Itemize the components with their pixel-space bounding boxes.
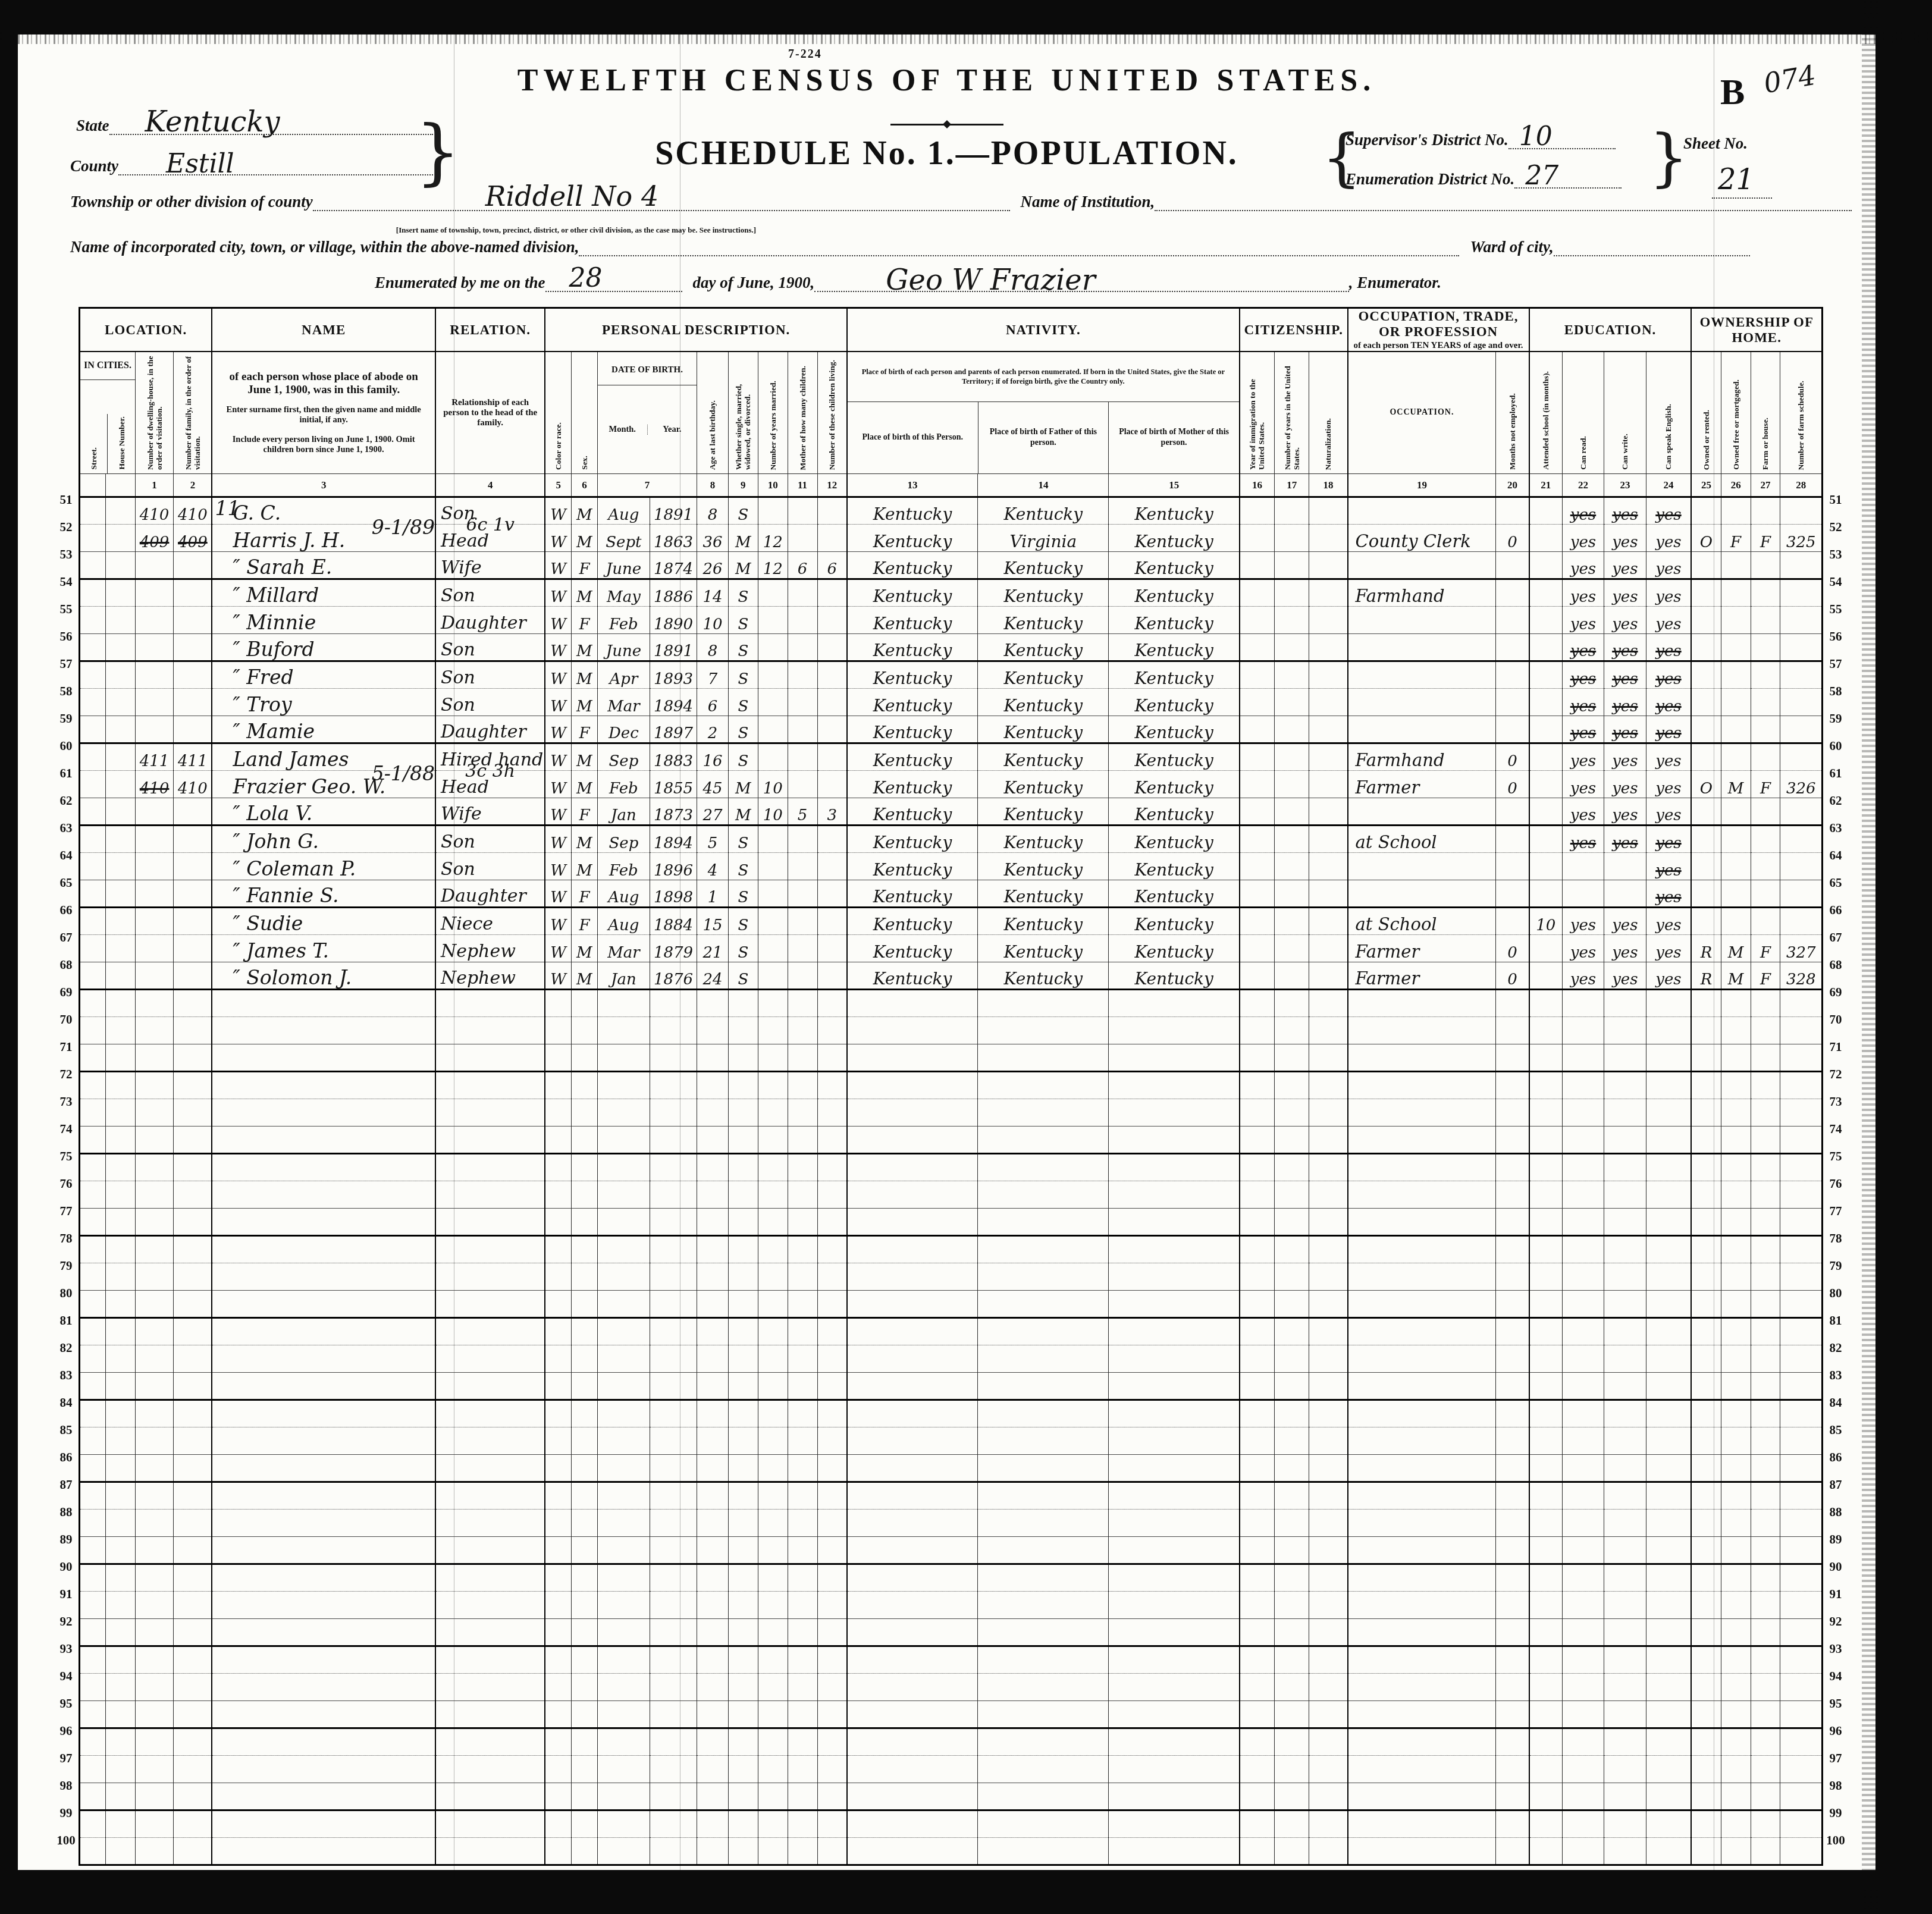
cell-bf: Kentucky [978,497,1109,525]
cell-name: Harris J. H.9-1/89 [212,525,435,552]
row-number: 84 [54,1389,79,1416]
cell-mo: Mar [597,689,650,716]
cell-fs [1780,1510,1823,1537]
cell-mo: Mar [597,935,650,962]
row-number: 76 [1823,1170,1848,1197]
cell-house [105,579,135,607]
cell-dw [135,908,174,935]
row-number: 79 [1823,1252,1848,1279]
name-desc-3: Include every person living on June 1, 1… [221,435,426,455]
cell-col: W [545,798,571,826]
cell-yr [650,1701,697,1728]
cell-fam [174,1072,212,1099]
cell-ym [758,1099,788,1127]
cell-wr: yes [1604,743,1646,771]
cell-wr [1604,1564,1646,1592]
cell-ym: 10 [758,798,788,826]
cell-fs [1780,552,1823,579]
cell-ym [758,1564,788,1592]
cell-dw [135,1482,174,1510]
cell-mne [1496,1263,1529,1291]
cell-ym [758,908,788,935]
cell-sp: yes [1646,935,1691,962]
cell-col: W [545,607,571,634]
cell-fm [1721,1592,1751,1619]
cell-fs [1780,689,1823,716]
cell-bm [1109,1427,1240,1455]
census-row-78 [80,1236,1823,1263]
cell-sp [1646,1044,1691,1072]
cell-house [105,853,135,880]
cell-mo [597,1811,650,1838]
row-number: 55 [54,595,79,623]
cell-age: 24 [697,962,729,990]
cell-dw [135,1181,174,1209]
cell-house [105,1209,135,1236]
cell-cl [817,1674,847,1701]
cell-yr [650,1209,697,1236]
column-number: 5 [545,474,571,497]
cell-mne [1496,1181,1529,1209]
cell-rd [1562,1044,1604,1072]
cell-wr: yes [1604,552,1646,579]
cell-ym: 12 [758,552,788,579]
cell-mne: 0 [1496,935,1529,962]
cell-sch [1529,1783,1563,1811]
census-row-87 [80,1482,1823,1510]
cell-wr [1604,1455,1646,1482]
cell-ym [758,1373,788,1400]
cell-bp [847,1646,978,1674]
cell-mne [1496,1127,1529,1154]
cell-sex: M [571,853,597,880]
cell-age [697,1728,729,1756]
cell-fam [174,1728,212,1756]
cell-cl [817,497,847,525]
header-naturalization: Naturalization. [1309,352,1348,474]
cell-cl [817,661,847,689]
cell-own [1691,1072,1721,1099]
row-number: 63 [54,814,79,842]
cell-occ [1348,716,1496,743]
header-can-write: Can write. [1604,352,1646,474]
row-number: 87 [1823,1471,1848,1498]
cell-mc [788,1154,817,1181]
cell-bm [1109,1564,1240,1592]
cell-occ [1348,1318,1496,1345]
cell-fs [1780,1592,1823,1619]
cell-age [697,1811,729,1838]
cell-fm [1721,990,1751,1017]
cell-dw [135,1838,174,1865]
header-family-number: Number of family, in the order of visita… [174,352,212,474]
cell-own [1691,1181,1721,1209]
column-number: 15 [1109,474,1240,497]
row-number: 89 [1823,1526,1848,1553]
cell-fh [1751,798,1780,826]
cell-bp: Kentucky [847,798,978,826]
row-number: 57 [1823,650,1848,677]
cell-rel [435,1646,545,1674]
cell-fh [1751,908,1780,935]
census-row-51: 410410G. C.11SonWMAug18918SKentuckyKentu… [80,497,1823,525]
cell-rd [1562,1345,1604,1373]
census-row-68: ″ Solomon J.NephewWMJan187624SKentuckyKe… [80,962,1823,990]
cell-fs [1780,1345,1823,1373]
dob-label: DATE OF BIRTH. [598,352,697,385]
cell-mo: Apr [597,661,650,689]
cell-mc [788,1838,817,1865]
cell-bm [1109,1181,1240,1209]
census-row-82 [80,1345,1823,1373]
cell-dw: 410 [135,771,174,798]
row-number: 71 [54,1033,79,1060]
cell-mar [728,1072,758,1099]
cell-fh: F [1751,771,1780,798]
cell-house [105,771,135,798]
cell-fs [1780,1455,1823,1482]
header-year: Year. [647,425,697,435]
cell-ym [758,1619,788,1646]
row-number: 70 [54,1006,79,1033]
cell-bm: Kentucky [1109,552,1240,579]
cell-age [697,1674,729,1701]
cell-street [80,1564,106,1592]
cell-name [212,990,435,1017]
cell-sex [571,1044,597,1072]
cell-fs [1780,716,1823,743]
cell-yus [1275,1646,1309,1674]
cell-dw [135,880,174,908]
cell-fh [1751,1209,1780,1236]
cell-house [105,1127,135,1154]
cell-dw [135,1592,174,1619]
cell-mne [1496,798,1529,826]
cell-mo [597,1592,650,1619]
cell-mne [1496,1564,1529,1592]
row-number: 94 [54,1662,79,1690]
row-number: 60 [1823,732,1848,760]
cell-sp [1646,1400,1691,1427]
cell-occ: Farmer [1348,771,1496,798]
cell-own [1691,853,1721,880]
cell-fh [1751,579,1780,607]
cell-fs [1780,1099,1823,1127]
cell-name [212,1099,435,1127]
cell-yr: 1896 [650,853,697,880]
cell-name [212,1291,435,1318]
township-label: Township or other division of county [70,193,313,211]
cell-dw [135,1756,174,1783]
enumeration-district-label: Enumeration District No. [1345,170,1514,189]
cell-wr [1604,1017,1646,1044]
cell-dw [135,1455,174,1482]
cell-rd: yes [1562,552,1604,579]
cell-wr [1604,1537,1646,1564]
cell-mne [1496,607,1529,634]
cell-mc [788,1783,817,1811]
cell-wr [1604,1099,1646,1127]
cell-bf: Kentucky [978,962,1109,990]
cell-rd [1562,1510,1604,1537]
cell-bm [1109,1838,1240,1865]
row-number-gutter-left: 5152535455565758596061626364656667686970… [54,307,79,1866]
row-number: 73 [1823,1088,1848,1115]
cell-mc [788,579,817,607]
cell-rel: Niece [435,908,545,935]
cell-age: 15 [697,908,729,935]
cell-house [105,661,135,689]
cell-cl [817,1209,847,1236]
cell-sex [571,1154,597,1181]
cell-bp [847,1564,978,1592]
column-number: 26 [1721,474,1751,497]
cell-mne [1496,908,1529,935]
cell-imm [1240,743,1275,771]
cell-ym [758,1728,788,1756]
cell-mc [788,1646,817,1674]
cell-own [1691,1017,1721,1044]
cell-age: 36 [697,525,729,552]
cell-house [105,1619,135,1646]
cell-fm [1721,1099,1751,1127]
cell-bf [978,1482,1109,1510]
enumerated-line: Enumerated by me on the 28 day of June, … [375,274,1441,292]
cell-wr [1604,1127,1646,1154]
cell-bp: Kentucky [847,853,978,880]
cell-fh [1751,743,1780,771]
supervisors-district-line: Supervisor's District No. 10 [1345,131,1643,149]
cell-cl [817,962,847,990]
cell-rel [435,1400,545,1427]
cell-street [80,1044,106,1072]
cell-mc [788,1510,817,1537]
cell-yr: 1879 [650,935,697,962]
cell-yr [650,1263,697,1291]
cell-bf: Kentucky [978,607,1109,634]
row-number: 72 [54,1060,79,1088]
name-desc-2: Enter surname first, then the given name… [221,405,426,425]
cell-name [212,1838,435,1865]
cell-rel [435,990,545,1017]
cell-age [697,1236,729,1263]
cell-fm [1721,798,1751,826]
cell-rd [1562,1181,1604,1209]
sheet-number-label: Sheet No. [1683,134,1748,153]
cell-sex [571,1701,597,1728]
census-row-72 [80,1072,1823,1099]
row-number: 66 [1823,896,1848,924]
cell-rel [435,1728,545,1756]
cell-bf [978,1646,1109,1674]
cell-dw [135,798,174,826]
cell-sex: M [571,743,597,771]
row-number: 68 [1823,951,1848,978]
cell-mar [728,1482,758,1510]
cell-fam [174,990,212,1017]
cell-bm: Kentucky [1109,607,1240,634]
cell-imm [1240,798,1275,826]
cell-bf [978,1099,1109,1127]
cell-bp: Kentucky [847,908,978,935]
cell-nat [1309,1564,1348,1592]
cell-col: W [545,552,571,579]
cell-bp [847,1154,978,1181]
cell-yus [1275,908,1309,935]
cell-fm [1721,1756,1751,1783]
cell-house [105,1263,135,1291]
cell-wr [1604,1838,1646,1865]
cell-mar: S [728,853,758,880]
cell-fs: 327 [1780,935,1823,962]
cell-sex [571,1592,597,1619]
cell-cl [817,1728,847,1756]
column-number: 8 [697,474,729,497]
cell-street [80,1427,106,1455]
cell-mc [788,1181,817,1209]
cell-imm [1240,1236,1275,1263]
cell-mar [728,1756,758,1783]
cell-sex: F [571,880,597,908]
cell-own: O [1691,771,1721,798]
cell-sch [1529,1209,1563,1236]
cell-bm [1109,1318,1240,1345]
cell-bf [978,1127,1109,1154]
cell-bp: Kentucky [847,607,978,634]
cell-bm: Kentucky [1109,497,1240,525]
county-label: County [70,157,118,175]
cell-sch [1529,771,1563,798]
cell-sch [1529,1345,1563,1373]
cell-age: 5 [697,826,729,853]
cell-yus [1275,1044,1309,1072]
cell-col: W [545,908,571,935]
cell-bp [847,1209,978,1236]
cell-yus [1275,1263,1309,1291]
cell-bf: Kentucky [978,743,1109,771]
cell-cl [817,1181,847,1209]
cell-bf [978,1345,1109,1373]
cell-imm [1240,908,1275,935]
census-row-58: ″ TroySonWMMar18946SKentuckyKentuckyKent… [80,689,1823,716]
cell-fh [1751,1154,1780,1181]
cell-cl [817,853,847,880]
cell-bp [847,1783,978,1811]
cell-dw [135,1811,174,1838]
cell-nat [1309,743,1348,771]
cell-fs [1780,798,1823,826]
column-number [105,474,135,497]
cell-bf: Kentucky [978,634,1109,661]
census-row-74 [80,1127,1823,1154]
cell-bm [1109,1345,1240,1373]
cell-yr [650,1400,697,1427]
cell-mo [597,1674,650,1701]
cell-nat [1309,1127,1348,1154]
cell-street [80,1783,106,1811]
cell-house [105,689,135,716]
cell-rd [1562,1072,1604,1099]
cell-rd [1562,1236,1604,1263]
cell-mo [597,1701,650,1728]
cell-mne [1496,853,1529,880]
cell-mne [1496,1646,1529,1674]
row-number: 81 [54,1307,79,1334]
cell-nat [1309,1017,1348,1044]
column-number: 18 [1309,474,1348,497]
cell-cl: 6 [817,552,847,579]
cell-street [80,1017,106,1044]
header-months-not-employed: Months not employed. [1496,352,1529,474]
cell-nat [1309,990,1348,1017]
cell-age [697,1455,729,1482]
column-number: 22 [1562,474,1604,497]
cell-sp: yes [1646,962,1691,990]
cell-bm [1109,1756,1240,1783]
cell-bm: Kentucky [1109,935,1240,962]
cell-mo [597,1455,650,1482]
cell-cl [817,1482,847,1510]
cell-fh [1751,661,1780,689]
cell-yr [650,1181,697,1209]
cell-fam [174,1291,212,1318]
cell-yr [650,1619,697,1646]
cell-name: ″ Millard [212,579,435,607]
cell-house [105,1455,135,1482]
cell-mar [728,1318,758,1345]
cell-nat [1309,1400,1348,1427]
cell-street [80,661,106,689]
cell-mo: Sep [597,826,650,853]
cell-fh [1751,1373,1780,1400]
column-number: 21 [1529,474,1563,497]
cell-age [697,1345,729,1373]
cell-mar [728,1209,758,1236]
row-number: 69 [54,978,79,1006]
cell-occ [1348,990,1496,1017]
cell-yus [1275,1017,1309,1044]
cell-occ [1348,607,1496,634]
cell-cl [817,1154,847,1181]
cell-bf: Kentucky [978,853,1109,880]
census-row-93 [80,1646,1823,1674]
cell-nat [1309,1373,1348,1400]
row-number: 81 [1823,1307,1848,1334]
cell-rel [435,1209,545,1236]
cell-fs [1780,1236,1823,1263]
cell-sp [1646,1291,1691,1318]
cell-mc [788,1674,817,1701]
cell-yus [1275,689,1309,716]
cell-name [212,1756,435,1783]
cell-mo: Sept [597,525,650,552]
census-row-100 [80,1838,1823,1865]
row-number: 90 [54,1553,79,1580]
cell-imm [1240,1263,1275,1291]
cell-fs [1780,853,1823,880]
cell-dw [135,1728,174,1756]
cell-mo [597,1646,650,1674]
row-number: 59 [54,705,79,732]
cell-cl [817,990,847,1017]
cell-ym [758,743,788,771]
cell-fam [174,552,212,579]
census-row-77 [80,1209,1823,1236]
cell-age [697,1017,729,1044]
header-name-description: of each person whose place of abode on J… [212,352,435,474]
column-number: 4 [435,474,545,497]
header-occupation: OCCUPATION. [1348,352,1496,474]
